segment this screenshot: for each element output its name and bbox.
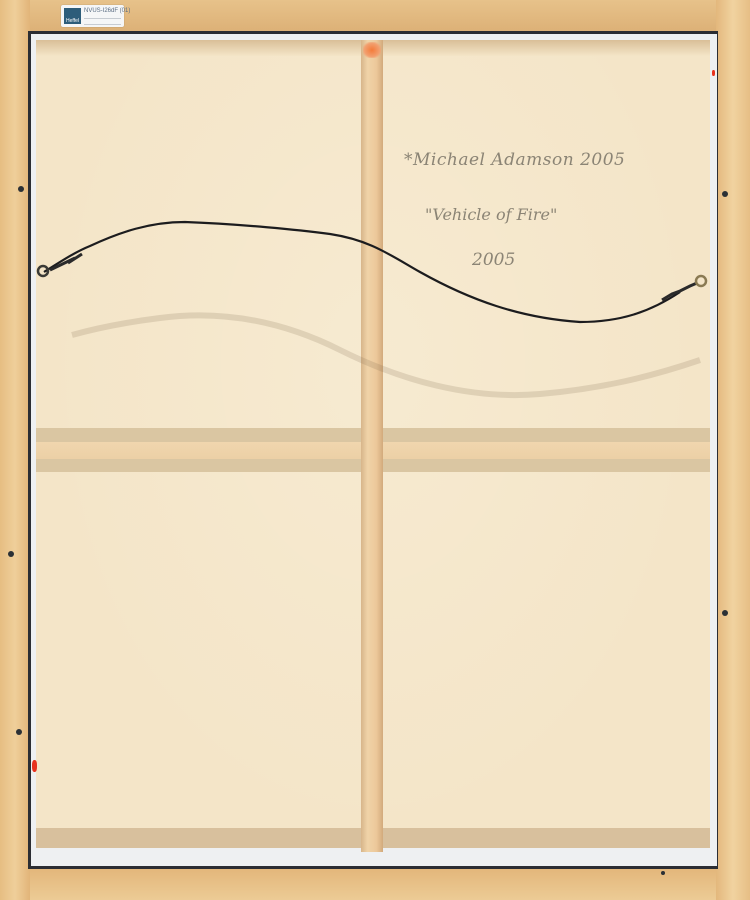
red-paint-mark xyxy=(32,760,37,772)
frame-nail xyxy=(8,551,14,557)
frame-nail xyxy=(661,871,665,875)
frame-nail xyxy=(18,186,24,192)
d-ring-right-icon xyxy=(696,276,706,286)
frame-nail xyxy=(722,610,728,616)
frame-nail xyxy=(16,729,22,735)
red-paint-mark xyxy=(712,70,715,76)
frame-nail xyxy=(722,191,728,197)
hanging-wire xyxy=(0,0,750,900)
